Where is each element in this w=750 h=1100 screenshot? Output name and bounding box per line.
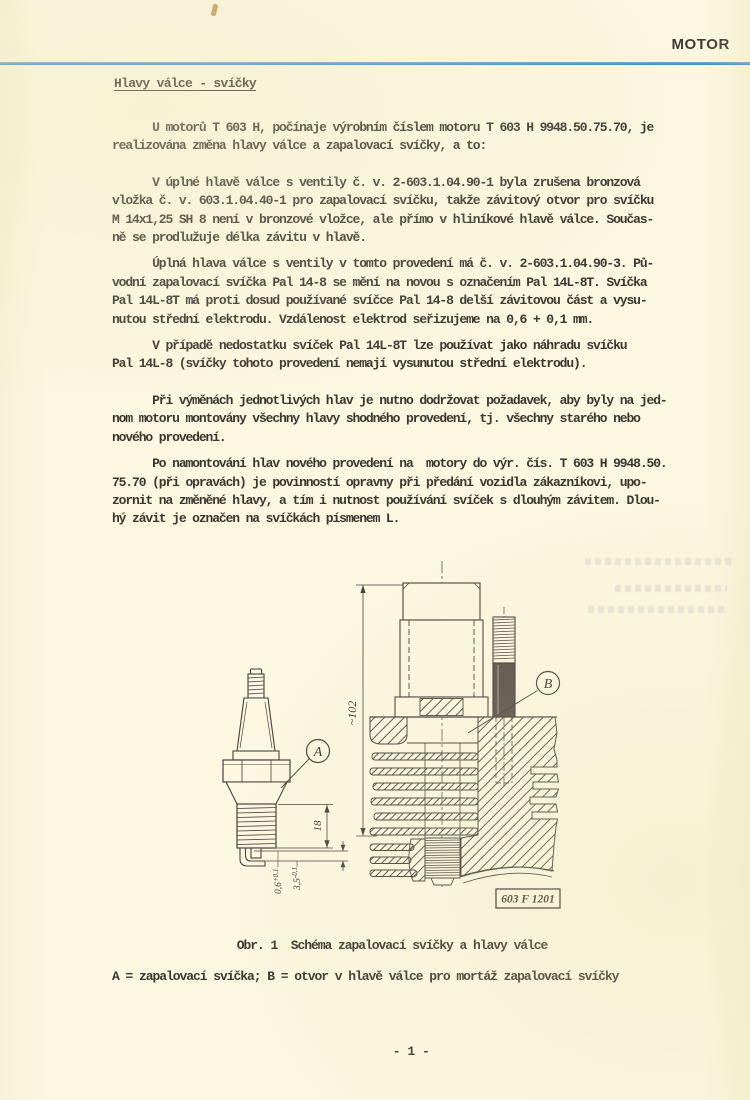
- bleedthrough-mark: [585, 558, 735, 565]
- paragraph: Po namontování hlav nového provedení na …: [112, 455, 682, 529]
- ink-speck: [211, 4, 219, 17]
- bleedthrough-mark: [615, 585, 727, 592]
- svg-text:B: B: [544, 677, 553, 692]
- figure-caption: Obr. 1 Schéma zapalovací svíčky a hlavy …: [112, 937, 672, 986]
- dimension-electrode: 0,6+0,1 3,5-0,1: [254, 841, 348, 894]
- paragraph: U motorů T 603 H, počínaje výrobním čísl…: [112, 119, 682, 156]
- svg-text:A: A: [313, 745, 323, 760]
- bleedthrough-mark: [588, 606, 728, 613]
- dimension-thread-length: 18: [267, 805, 333, 849]
- svg-text:18: 18: [312, 820, 324, 832]
- svg-text:3,5-0,1: 3,5-0,1: [291, 867, 303, 891]
- svg-text:~102: ~102: [345, 701, 359, 726]
- figure-drawing: A 18 0,6+0,1 3,5-0,1 ~102: [180, 555, 600, 920]
- section-heading: Hlavy válce - svíčky: [114, 76, 682, 91]
- drawing-number-box: 603 F 1201: [496, 889, 560, 908]
- svg-text:603 F 1201: 603 F 1201: [501, 894, 554, 906]
- figure-caption-legend: A = zapalovací svíčka; B = otvor v hlavě…: [112, 968, 672, 986]
- paragraph: V případě nedostatku svíček Pal 14L-8T l…: [112, 337, 682, 374]
- paragraph: Úplná hlava válce s ventily v tomto prov…: [112, 255, 682, 329]
- spark-plug-drawing: [223, 669, 290, 866]
- document-body: Hlavy válce - svíčky U motorů T 603 H, p…: [112, 76, 682, 537]
- page-number: - 1 -: [0, 1044, 750, 1059]
- paragraph: V úplné hlavě válce s ventily č. v. 2-60…: [112, 174, 682, 248]
- svg-text:0,6+0,1: 0,6+0,1: [272, 869, 284, 894]
- paragraph: Při výměnách jednotlivých hlav je nutno …: [112, 392, 682, 447]
- header-accent-rule: [0, 62, 750, 65]
- cylinder-head-drawing: [370, 561, 559, 887]
- figure-caption-title: Obr. 1 Schéma zapalovací svíčky a hlavy …: [112, 937, 672, 955]
- page-header-brand: MOTOR: [671, 36, 730, 53]
